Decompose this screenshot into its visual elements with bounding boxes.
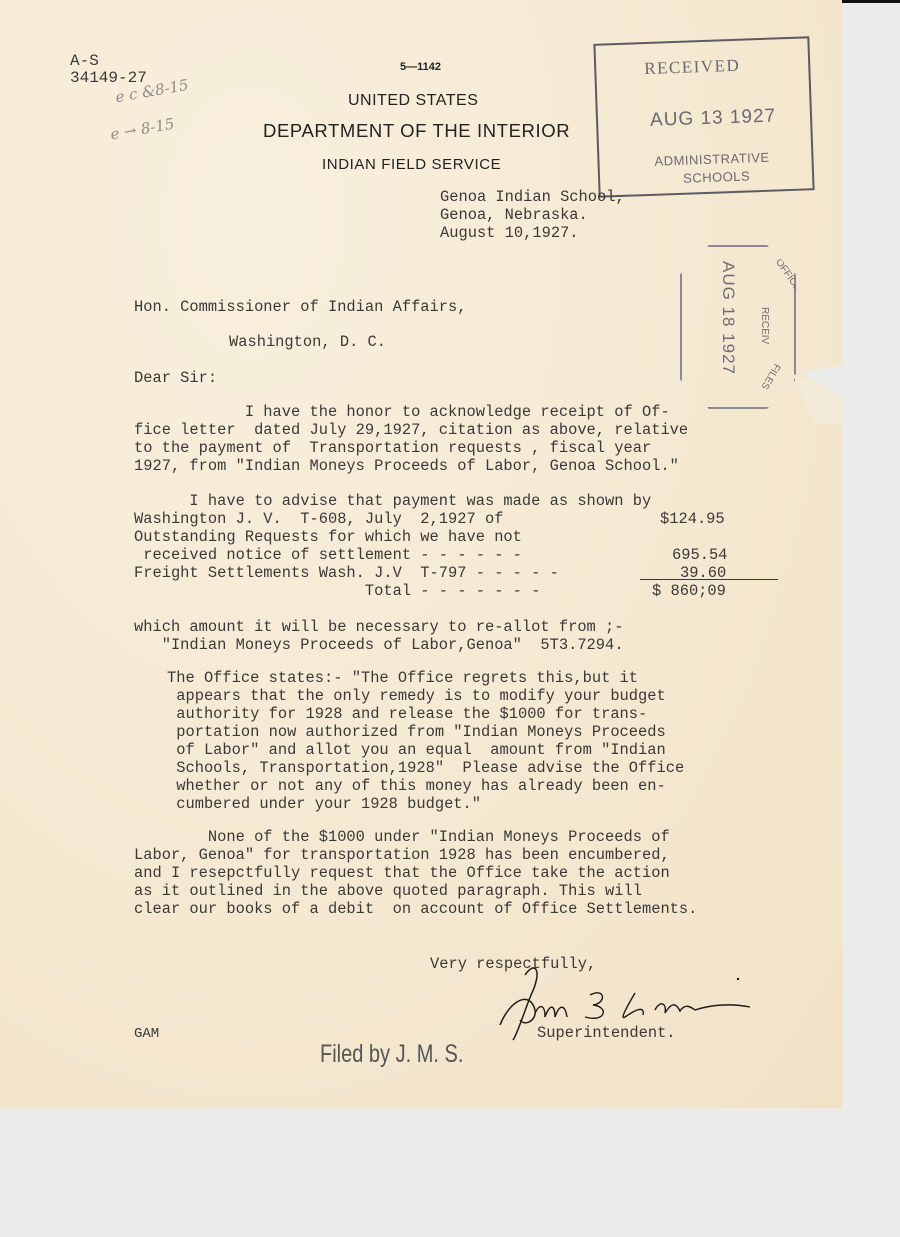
text-line: 1927, from "Indian Moneys Proceeds of La…	[134, 457, 679, 475]
ledger-label: Washington J. V. T-608, July 2,1927 of	[134, 510, 503, 528]
scanner-edge	[842, 0, 900, 3]
ledger-label: received notice of settlement - - - - - …	[134, 546, 522, 564]
letter-page: A-S 34149-27 e c &8-15 e → 8-15 5—1142 U…	[0, 0, 842, 1108]
text-line: of Labor" and allot you an equal amount …	[167, 741, 666, 759]
office-stamp-text-b: RECEIV	[759, 307, 770, 344]
recipient-line2: Washington, D. C.	[229, 333, 386, 351]
text-line: clear our books of a debit on account of…	[134, 900, 697, 918]
letterhead-united-states: UNITED STATES	[348, 92, 478, 110]
received-stamp-line2: SCHOOLS	[683, 168, 751, 185]
text-line: cumbered under your 1928 budget."	[167, 795, 481, 813]
text-line: appears that the only remedy is to modif…	[167, 687, 666, 705]
office-stamp-text-a: OFFICE OF IN	[773, 257, 820, 317]
file-reference: A-S 34149-27	[70, 53, 147, 87]
ledger-amount: $124.95	[660, 510, 725, 528]
salutation: Dear Sir:	[134, 369, 217, 387]
received-stamp-line1: ADMINISTRATIVE	[654, 150, 770, 169]
recipient-line1: Hon. Commissioner of Indian Affairs,	[134, 298, 467, 316]
paragraph-acknowledge: I have the honor to acknowledge receipt …	[134, 403, 688, 475]
file-reference-line1: A-S	[70, 52, 99, 70]
text-line: and I resepctfully request that the Offi…	[134, 864, 670, 882]
paragraph-reallot: which amount it will be necessary to re-…	[134, 618, 624, 654]
text-line: "Indian Moneys Proceeds of Labor,Genoa" …	[134, 636, 624, 654]
text-line: which amount it will be necessary to re-…	[134, 618, 624, 636]
letterhead-department: DEPARTMENT OF THE INTERIOR	[263, 120, 570, 142]
text-line: I have the honor to acknowledge receipt …	[134, 403, 670, 421]
received-stamp-title: RECEIVED	[644, 56, 741, 79]
text-line: whether or not any of this money has alr…	[167, 777, 666, 795]
paragraph-request: None of the $1000 under "Indian Moneys P…	[134, 828, 697, 918]
ledger-label: Freight Settlements Wash. J.V T-797 - - …	[134, 564, 559, 582]
total-rule	[640, 579, 778, 580]
ledger-amount: 695.54	[672, 546, 727, 564]
text-line: as it outlined in the above quoted parag…	[134, 882, 642, 900]
sender-address-line2: Genoa, Nebraska.	[440, 206, 588, 224]
text-line: The Office states:- "The Office regrets …	[167, 669, 638, 687]
signature-title: Superintendent.	[537, 1024, 676, 1042]
ledger-label: Outstanding Requests for which we have n…	[134, 528, 522, 546]
text-line: Schools, Transportation,1928" Please adv…	[167, 759, 684, 777]
office-stamp-text-c: FILES	[759, 362, 782, 392]
text-line: fice letter dated July 29,1927, citation…	[134, 421, 688, 439]
filed-stamp: Filed by J. M. S.	[320, 1040, 463, 1069]
text-line: to the payment of Transportation request…	[134, 439, 651, 457]
typist-initials: GAM	[134, 1026, 159, 1042]
sender-address: Genoa Indian School, Genoa, Nebraska. Au…	[440, 188, 625, 242]
text-line: portation now authorized from "Indian Mo…	[167, 723, 666, 741]
office-stamp-date: AUG 18 1927	[718, 261, 738, 375]
paragraph-advise-intro: I have to advise that payment was made a…	[134, 492, 651, 510]
text-line: Labor, Genoa" for transportation 1928 ha…	[134, 846, 670, 864]
form-number: 5—1142	[400, 61, 441, 73]
office-stamp: OFFICE OF IN AUG 18 1927 RECEIV FILES	[680, 245, 796, 409]
ledger-total-label: Total - - - - - - -	[134, 582, 540, 600]
letter-date: August 10,1927.	[440, 224, 579, 242]
text-line: None of the $1000 under "Indian Moneys P…	[134, 828, 670, 846]
ledger-total-amount: $ 860;09	[652, 582, 726, 600]
letterhead-field-service: INDIAN FIELD SERVICE	[322, 156, 501, 173]
received-stamp: RECEIVED AUG 13 1927 ADMINISTRATIVE SCHO…	[593, 36, 814, 197]
paragraph-office-states: The Office states:- "The Office regrets …	[167, 669, 684, 813]
text-line: authority for 1928 and release the $1000…	[167, 705, 647, 723]
received-stamp-date: AUG 13 1927	[650, 105, 777, 131]
pencil-note-2: e → 8-15	[109, 115, 176, 144]
sender-address-line1: Genoa Indian School,	[440, 188, 625, 206]
